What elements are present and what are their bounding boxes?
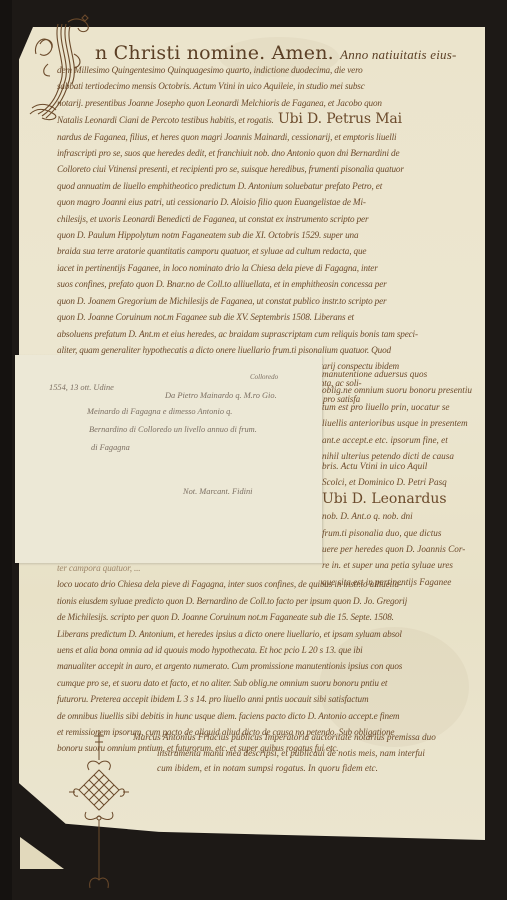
body-line: Colloreto ciui Vtinensi presenti, et rec… — [57, 161, 418, 177]
body-line: quon D. Joanne Coruinum not.m Faganee su… — [57, 309, 418, 325]
body-line: quon D. Joanem Gregorium de Michilesijs … — [57, 293, 418, 309]
right-line: Scolci, et Dominico D. Petri Pasq — [322, 474, 465, 490]
body-line: nardus de Faganea, filius, et heres quon… — [57, 129, 418, 145]
slip-line: Bernardino di Colloredo un livello annuo… — [89, 425, 257, 434]
body-line: chilesijs, et uxoris Leonardi Benedicti … — [57, 211, 418, 227]
slip-date-line: 1554, 13 ott. Udine — [49, 383, 114, 392]
right-line: ant.e accept.e etc. ipsorum fine, et — [322, 432, 472, 448]
right-line: manutentione aduersus quos — [322, 366, 472, 382]
right-line: tum est pro liuello prin, uocatur se — [322, 399, 472, 415]
ubi-petrus-phrase: Ubi D. Petrus Mai — [278, 111, 402, 127]
right-line: frum.ti pisonalia duo, que dictus — [322, 525, 465, 541]
signoff-line: cum ibidem, et in notam sumpsi rogatus. … — [133, 761, 436, 777]
lower-text-block: ter campora quatuor, ... loco uocato dri… — [57, 560, 407, 757]
pasted-paper-slip: Colloredo 1554, 13 ott. Udine Da Pietro … — [15, 355, 322, 563]
scan-frame-edge — [0, 0, 12, 900]
folded-corner — [20, 837, 64, 869]
body-line: quon D. Paulum Hippolytum notm Faganeate… — [57, 227, 418, 243]
lower-line: de omnibus liuellis sibi debitis in hunc… — [57, 708, 407, 724]
slip-line: di Fagagna — [91, 443, 130, 452]
lower-line: ter campora quatuor, ... — [57, 560, 407, 576]
signoff-line: Marcus Antonius Frlacius publicus Impera… — [133, 730, 436, 746]
slip-line: Meinardo di Fagagna e dimesso Antonio q. — [87, 407, 232, 416]
body-line: infrascripti pro se, suos que heredes de… — [57, 145, 418, 161]
heading-title: n Christi nomine. Amen. — [95, 42, 334, 64]
lower-line: Liberans predictum D. Antonium, et hered… — [57, 626, 407, 642]
document-heading: n Christi nomine. Amen. Anno natiuitatis… — [95, 42, 457, 64]
body-line: suos confines, prefato quon D. Bnar.no d… — [57, 276, 418, 292]
right-line: nob. D. Ant.o q. nob. dni — [322, 508, 465, 524]
heading-continuation: Anno natiuitatis eius- — [340, 47, 456, 62]
body-line: sabbati tertiodecimo mensis Octobris. Ac… — [57, 78, 418, 94]
lower-line: manualiter accepit in auro, et argento n… — [57, 658, 407, 674]
slip-upper-note: Colloredo — [250, 373, 278, 381]
right-column-text: manutentione aduersus quos oblig.ne omni… — [322, 366, 472, 464]
body-line: quod annuatim de liuello emphitheotico p… — [57, 178, 418, 194]
right-line: uere per heredes quon D. Joannis Cor- — [322, 541, 465, 557]
notary-signoff: Marcus Antonius Frlacius publicus Impera… — [133, 730, 436, 777]
slip-bottom-note: Not. Marcant. Fidini — [183, 487, 252, 496]
body-line: braida sua terre aratorie quantitatis ca… — [57, 243, 418, 259]
ubi-leonardus-phrase: Ubi D. Leonardus — [322, 491, 447, 507]
notary-signum-icon — [64, 730, 134, 890]
right-line: bris. Actu Vtini in uico Aquil — [322, 458, 465, 474]
slip-line: Da Pietro Mainardo q. M.ro Gio. — [165, 391, 277, 400]
body-line: Natalis Leonardi Ciani de Percoto testib… — [57, 111, 418, 128]
right-line: oblig.ne omnium suoru bonoru presentiu — [322, 382, 472, 398]
lower-line: uens et alia bona omnia ad id quouis mod… — [57, 642, 407, 658]
body-line: iacet in pertinentijs Faganee, in loco n… — [57, 260, 418, 276]
body-line: dem Millesimo Quingentesimo Quinquagesim… — [57, 62, 418, 78]
signoff-line: instrumenta manu mea descripsi, et publi… — [133, 746, 436, 762]
body-line: notarij. presentibus Joanne Josepho quon… — [57, 95, 418, 111]
lower-line: cumque pro se, et suoru dato et facto, e… — [57, 675, 407, 691]
right-line: Ubi D. Leonardus — [322, 491, 465, 508]
body-line: absoluens prefatum D. Ant.m et eius here… — [57, 326, 418, 342]
lower-line: futuroru. Preterea accepit ibidem L 3 s … — [57, 691, 407, 707]
lower-line: tionis eiusdem syluae predicto quon D. B… — [57, 593, 407, 609]
lower-line: de Michilesijs. scripto per quon D. Joan… — [57, 609, 407, 625]
body-line: quon magro Joanni eius patri, uti cessio… — [57, 194, 418, 210]
right-line: liuellis anterioribus usque in presentem — [322, 415, 472, 431]
lower-line: loco uocato drio Chiesa dela pieve di Fa… — [57, 576, 407, 592]
